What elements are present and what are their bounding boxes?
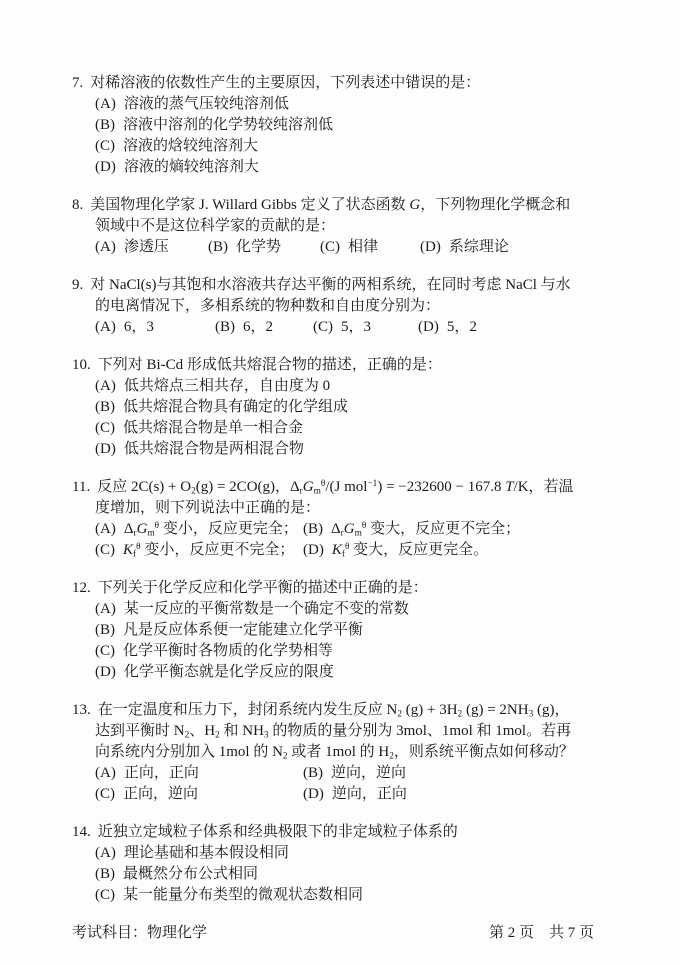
option-label: (D) [303, 786, 324, 802]
question-stem-text: 反应 2C(s) + O2(g) = 2CO(g)，ΔrGmθ/(J mol−1… [97, 479, 573, 495]
option-label: (B) [215, 319, 235, 335]
option-d: (D)逆向，正向 [303, 784, 407, 805]
question-stem-text: 下列关于化学反应和化学平衡的描述中正确的是： [98, 580, 428, 596]
option-label: (D) [95, 441, 116, 457]
option-text: 逆向，逆向 [331, 765, 406, 781]
option-c: (C)低共熔混合物是单一相合金 [72, 418, 622, 439]
question-stem-text: 美国物理化学家 J. Willard Gibbs 定义了状态函数 G，下列物理化… [90, 197, 570, 213]
question-10: 10.下列对 Bi-Cd 形成低共熔混合物的描述，正确的是： (A)低共熔点三相… [72, 355, 622, 460]
option-label: (A) [95, 845, 116, 861]
question-stem-line: 度增加，则下列说法中正确的是： [72, 498, 622, 519]
question-stem-text: 下列对 Bi-Cd 形成低共熔混合物的描述，正确的是： [98, 357, 442, 373]
option-text: 相律 [348, 239, 378, 255]
option-a: (A)ΔrGmθ 变小，反应更完全； [95, 519, 303, 540]
option-label: (A) [95, 319, 116, 335]
question-stem-text: 在一定温度和压力下，封闭系统内发生反应 N2 (g) + 3H2 (g) = 2… [98, 702, 570, 718]
question-stem-line: 领域中不是这位科学家的贡献的是： [72, 216, 622, 237]
option-d: (D)Kfθ 变大，反应更完全。 [303, 540, 488, 561]
option-text: 凡是反应体系便一定能建立化学平衡 [123, 622, 363, 638]
option-label: (A) [95, 765, 116, 781]
option-b: (B)ΔrGmθ 变大，反应更不完全； [303, 519, 520, 540]
option-text: 低共熔混合物是两相混合物 [124, 441, 304, 457]
option-text: 逆向，正向 [332, 786, 407, 802]
question-stem-line: 向系统内分别加入 1mol 的 N2 或者 1mol 的 H2，则系统平衡点如何… [72, 742, 622, 763]
question-stem-text: 近独立定域粒子体系和经典极限下的非定域粒子体系的 [98, 824, 458, 840]
option-label: (A) [95, 378, 116, 394]
question-14: 14.近独立定域粒子体系和经典极限下的非定域粒子体系的 (A)理论基础和基本假设… [72, 822, 622, 906]
option-text: Kfθ 变大，反应更完全。 [332, 542, 488, 558]
option-label: (D) [303, 542, 324, 558]
question-stem-text: 的电离情况下，多相系统的物种数和自由度分别为： [95, 298, 440, 314]
option-text: 渗透压 [124, 239, 169, 255]
option-b: (B)凡是反应体系便一定能建立化学平衡 [72, 620, 622, 641]
option-label: (B) [95, 622, 115, 638]
option-c: (C)溶液的焓较纯溶剂大 [72, 136, 622, 157]
question-stem-text: 对 NaCl(s)与其饱和水溶液共存达平衡的两相系统，在同时考虑 NaCl 与水 [90, 277, 570, 293]
option-label: (C) [95, 643, 115, 659]
footer-subject: 考试科目：物理化学 [72, 923, 207, 944]
option-label: (B) [303, 765, 323, 781]
options-row: (A)ΔrGmθ 变小，反应更完全；(B)ΔrGmθ 变大，反应更不完全； [72, 519, 622, 540]
option-text: 化学平衡时各物质的化学势相等 [123, 643, 333, 659]
option-label: (C) [95, 138, 115, 154]
options-row: (A)6，3(B)6，2(C)5，3(D)5，2 [72, 317, 622, 338]
question-9: 9.对 NaCl(s)与其饱和水溶液共存达平衡的两相系统，在同时考虑 NaCl … [72, 275, 622, 338]
option-text: 化学平衡态就是化学反应的限度 [124, 664, 334, 680]
question-stem-text: 达到平衡时 N2、H2 和 NH3 的物质的量分别为 3mol、1mol 和 1… [95, 723, 571, 739]
option-a: (A)正向，正向 [95, 763, 303, 784]
options-row: (A)渗透压(B)化学势(C)相律(D)系综理论 [72, 237, 622, 258]
option-c: (C)5，3 [313, 317, 418, 338]
option-label: (C) [95, 786, 115, 802]
option-label: (D) [95, 664, 116, 680]
option-text: 低共熔点三相共存，自由度为 0 [124, 378, 330, 394]
option-text: 化学势 [236, 239, 281, 255]
question-stem-text: 向系统内分别加入 1mol 的 N2 或者 1mol 的 H2，则系统平衡点如何… [95, 744, 574, 760]
page-footer: 考试科目：物理化学 第 2 页 共 7 页 [72, 923, 622, 944]
option-c: (C)某一能量分布类型的微观状态数相同 [72, 885, 622, 906]
option-label: (A) [95, 521, 116, 537]
question-number: 13. [72, 702, 91, 718]
option-a: (A)6，3 [95, 317, 215, 338]
option-label: (B) [95, 866, 115, 882]
option-text: 系综理论 [449, 239, 509, 255]
question-stem-line: 12.下列关于化学反应和化学平衡的描述中正确的是： [72, 578, 622, 599]
option-c: (C)相律 [320, 237, 420, 258]
option-text: 6，2 [243, 319, 273, 335]
option-label: (A) [95, 239, 116, 255]
option-label: (C) [320, 239, 340, 255]
option-label: (B) [95, 399, 115, 415]
question-8: 8.美国物理化学家 J. Willard Gibbs 定义了状态函数 G，下列物… [72, 195, 622, 258]
question-stem-line: 的电离情况下，多相系统的物种数和自由度分别为： [72, 296, 622, 317]
option-b: (B)最概然分布公式相同 [72, 864, 622, 885]
question-stem-text: 度增加，则下列说法中正确的是： [95, 500, 320, 516]
option-d: (D)溶液的熵较纯溶剂大 [72, 157, 622, 178]
option-text: 6，3 [124, 319, 154, 335]
option-label: (C) [95, 420, 115, 436]
question-number: 14. [72, 824, 91, 840]
question-stem-line: 9.对 NaCl(s)与其饱和水溶液共存达平衡的两相系统，在同时考虑 NaCl … [72, 275, 622, 296]
option-label: (C) [95, 887, 115, 903]
option-text: 溶液的熵较纯溶剂大 [124, 159, 259, 175]
option-label: (B) [303, 521, 323, 537]
option-text: 5，3 [341, 319, 371, 335]
option-b: (B)逆向，逆向 [303, 763, 406, 784]
option-d: (D)低共熔混合物是两相混合物 [72, 439, 622, 460]
question-stem-line: 14.近独立定域粒子体系和经典极限下的非定域粒子体系的 [72, 822, 622, 843]
option-label: (D) [420, 239, 441, 255]
option-a: (A)溶液的蒸气压较纯溶剂低 [72, 94, 622, 115]
option-text: 正向，逆向 [123, 786, 198, 802]
option-label: (C) [313, 319, 333, 335]
option-text: 某一反应的平衡常数是一个确定不变的常数 [124, 601, 409, 617]
option-d: (D)5，2 [418, 317, 477, 338]
option-label: (C) [95, 542, 115, 558]
question-stem-line: 10.下列对 Bi-Cd 形成低共熔混合物的描述，正确的是： [72, 355, 622, 376]
exam-page: 7.对稀溶液的依数性产生的主要原因，下列表述中错误的是： (A)溶液的蒸气压较纯… [0, 0, 680, 965]
option-a: (A)某一反应的平衡常数是一个确定不变的常数 [72, 599, 622, 620]
question-stem-line: 7.对稀溶液的依数性产生的主要原因，下列表述中错误的是： [72, 73, 622, 94]
options-row: (C)Kfθ 变小，反应更不完全；(D)Kfθ 变大，反应更完全。 [72, 540, 622, 561]
question-stem-line: 11.反应 2C(s) + O2(g) = 2CO(g)，ΔrGmθ/(J mo… [72, 477, 622, 498]
option-text: 低共熔混合物是单一相合金 [123, 420, 303, 436]
option-c: (C)Kfθ 变小，反应更不完全； [95, 540, 303, 561]
option-label: (D) [95, 159, 116, 175]
question-number: 10. [72, 357, 91, 373]
option-text: 最概然分布公式相同 [123, 866, 258, 882]
option-a: (A)理论基础和基本假设相同 [72, 843, 622, 864]
option-text: 溶液的蒸气压较纯溶剂低 [124, 96, 289, 112]
option-b: (B)溶液中溶剂的化学势较纯溶剂低 [72, 115, 622, 136]
option-d: (D)系综理论 [420, 237, 509, 258]
footer-page-number: 第 2 页 共 7 页 [489, 923, 594, 944]
option-a: (A)渗透压 [95, 237, 208, 258]
option-label: (B) [95, 117, 115, 133]
question-stem-line: 13.在一定温度和压力下，封闭系统内发生反应 N2 (g) + 3H2 (g) … [72, 700, 622, 721]
question-stem-line: 8.美国物理化学家 J. Willard Gibbs 定义了状态函数 G，下列物… [72, 195, 622, 216]
option-text: Kfθ 变小，反应更不完全； [123, 542, 294, 558]
option-label: (B) [208, 239, 228, 255]
option-label: (A) [95, 96, 116, 112]
option-b: (B)6，2 [215, 317, 313, 338]
option-text: 低共熔混合物具有确定的化学组成 [123, 399, 348, 415]
option-text: 某一能量分布类型的微观状态数相同 [123, 887, 363, 903]
option-text: ΔrGmθ 变大，反应更不完全； [331, 521, 520, 537]
option-text: 5，2 [447, 319, 477, 335]
option-text: ΔrGmθ 变小，反应更完全； [124, 521, 298, 537]
options-row: (A)正向，正向(B)逆向，逆向 [72, 763, 622, 784]
question-stem-text: 对稀溶液的依数性产生的主要原因，下列表述中错误的是： [90, 75, 480, 91]
question-11: 11.反应 2C(s) + O2(g) = 2CO(g)，ΔrGmθ/(J mo… [72, 477, 622, 561]
question-stem-text: 领域中不是这位科学家的贡献的是： [95, 218, 335, 234]
question-7: 7.对稀溶液的依数性产生的主要原因，下列表述中错误的是： (A)溶液的蒸气压较纯… [72, 73, 622, 178]
option-b: (B)化学势 [208, 237, 320, 258]
option-text: 理论基础和基本假设相同 [124, 845, 289, 861]
question-number: 9. [72, 277, 83, 293]
question-12: 12.下列关于化学反应和化学平衡的描述中正确的是： (A)某一反应的平衡常数是一… [72, 578, 622, 683]
question-number: 7. [72, 75, 83, 91]
option-a: (A)低共熔点三相共存，自由度为 0 [72, 376, 622, 397]
options-row: (C)正向，逆向(D)逆向，正向 [72, 784, 622, 805]
option-text: 溶液中溶剂的化学势较纯溶剂低 [123, 117, 333, 133]
option-label: (A) [95, 601, 116, 617]
option-label: (D) [418, 319, 439, 335]
question-13: 13.在一定温度和压力下，封闭系统内发生反应 N2 (g) + 3H2 (g) … [72, 700, 622, 805]
option-text: 正向，正向 [124, 765, 199, 781]
option-d: (D)化学平衡态就是化学反应的限度 [72, 662, 622, 683]
option-b: (B)低共熔混合物具有确定的化学组成 [72, 397, 622, 418]
option-text: 溶液的焓较纯溶剂大 [123, 138, 258, 154]
question-stem-line: 达到平衡时 N2、H2 和 NH3 的物质的量分别为 3mol、1mol 和 1… [72, 721, 622, 742]
option-c: (C)正向，逆向 [95, 784, 303, 805]
option-c: (C)化学平衡时各物质的化学势相等 [72, 641, 622, 662]
question-number: 12. [72, 580, 91, 596]
question-number: 8. [72, 197, 83, 213]
question-number: 11. [72, 479, 90, 495]
